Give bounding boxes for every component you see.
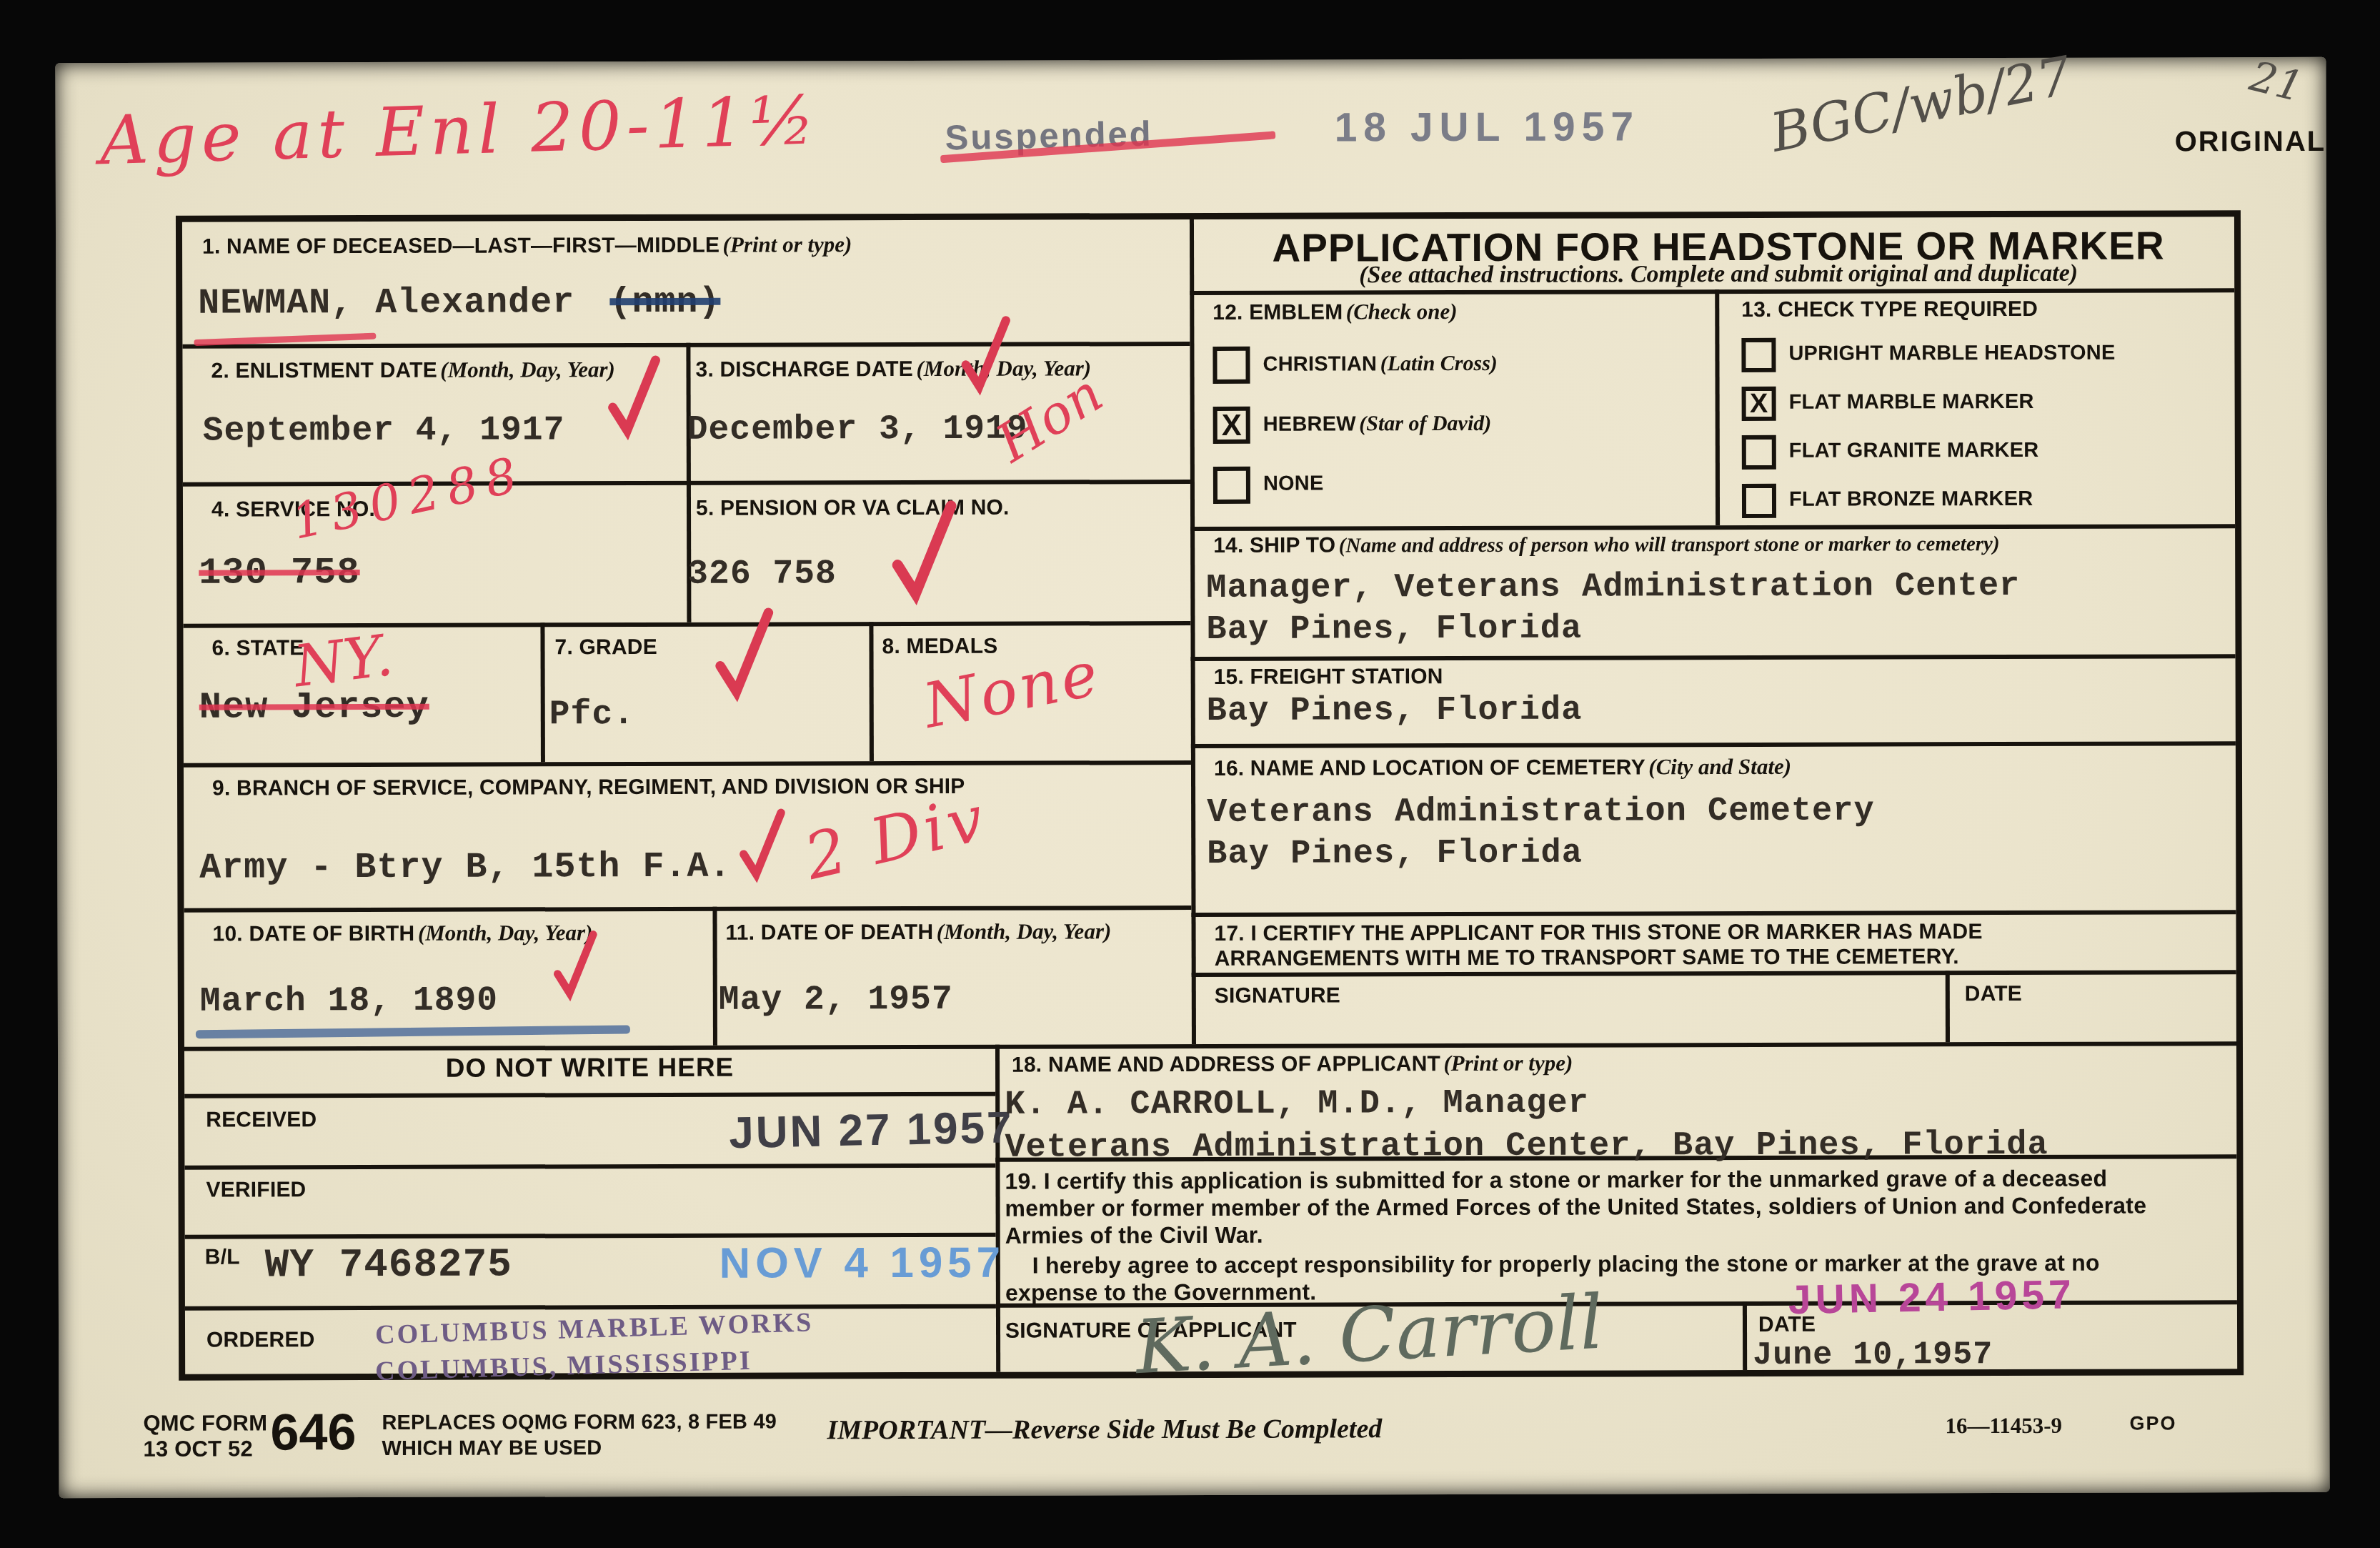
office-verified-label: VERIFIED bbox=[206, 1178, 306, 1202]
field-16-label: 16. NAME AND LOCATION OF CEMETERY (City … bbox=[1214, 754, 1791, 781]
ordered-stamp-line1: COLUMBUS MARBLE WORKS bbox=[375, 1306, 814, 1351]
checkbox-flat-granite-marker-label: FLAT GRANITE MARKER bbox=[1789, 439, 2039, 463]
field-2-label: 2. ENLISTMENT DATE (Month, Day, Year) bbox=[211, 357, 615, 383]
field-8-label: 8. MEDALS bbox=[882, 635, 997, 659]
field-16-value-line1: Veterans Administration Cemetery bbox=[1207, 793, 1875, 832]
field-5-label: 5. PENSION OR VA CLAIM NO. bbox=[696, 496, 1010, 521]
field-6-red-note: NY. bbox=[290, 622, 396, 700]
red-check-field5 bbox=[887, 488, 958, 613]
field-9-label: 9. BRANCH OF SERVICE, COMPANY, REGIMENT,… bbox=[212, 775, 965, 801]
checkbox-flat-bronze-marker bbox=[1742, 484, 1776, 518]
red-check-field3 bbox=[957, 313, 1011, 395]
field-18-value-line2: Veterans Administration Center, Bay Pine… bbox=[1005, 1126, 2048, 1167]
date-received-stamp: 18 JUL 1957 bbox=[1335, 103, 1640, 151]
office-bl-label: B/L bbox=[205, 1245, 240, 1269]
received-date-stamp: JUN 27 1957 bbox=[729, 1102, 1015, 1158]
original-label: ORIGINAL bbox=[2175, 126, 2326, 159]
field-4-struck-value: 130 758 bbox=[199, 552, 360, 595]
ordered-stamp-line2: COLUMBUS, MISSISSIPPI bbox=[375, 1345, 753, 1387]
footer-gpo-label: GPO bbox=[2129, 1412, 2176, 1434]
blue-underline-birthdate bbox=[196, 1025, 630, 1038]
field-19-para1: 19. I certify this application is submit… bbox=[1005, 1164, 2162, 1249]
field-6-label: 6. STATE bbox=[211, 636, 304, 660]
field-18-label: 18. NAME AND ADDRESS OF APPLICANT (Print… bbox=[1012, 1051, 1573, 1078]
applicant-date-stamp: JUN 24 1957 bbox=[1788, 1271, 2076, 1324]
field-10-label: 10. DATE OF BIRTH (Month, Day, Year) bbox=[213, 920, 593, 946]
field-11-value: May 2, 1957 bbox=[719, 981, 953, 1020]
checkbox-hebrew: X bbox=[1213, 407, 1250, 444]
field-7-label: 7. GRADE bbox=[554, 635, 657, 660]
checkbox-upright-marble-headstone-label: UPRIGHT MARBLE HEADSTONE bbox=[1788, 342, 2115, 366]
field-16-value-line2: Bay Pines, Florida bbox=[1207, 835, 1583, 873]
footer-replaces-line2: WHICH MAY BE USED bbox=[382, 1437, 602, 1461]
footer-form-date: 13 OCT 52 bbox=[143, 1436, 253, 1462]
checkbox-christian bbox=[1213, 347, 1250, 384]
field-15-label: 15. FREIGHT STATION bbox=[1214, 665, 1443, 690]
field-14-value-line2: Bay Pines, Florida bbox=[1206, 610, 1582, 649]
footer-replaces-line1: REPLACES OQMG FORM 623, 8 FEB 49 bbox=[382, 1411, 777, 1435]
checkbox-flat-marble-marker: X bbox=[1742, 387, 1776, 421]
field-1-value: NEWMAN, Alexander (nmn) bbox=[198, 282, 720, 324]
field-7-value: Pfc. bbox=[549, 695, 634, 734]
field-4-red-note: 130288 bbox=[287, 446, 530, 551]
checkbox-none bbox=[1213, 467, 1250, 504]
checkbox-none-label: NONE bbox=[1263, 472, 1324, 496]
red-check-field2 bbox=[604, 353, 661, 439]
field-1-label-paren: (Print or type) bbox=[723, 232, 852, 257]
field-13-label: 13. CHECK TYPE REQUIRED bbox=[1741, 297, 2038, 322]
red-check-field10 bbox=[549, 928, 600, 1000]
scanned-document-page: Age at Enl 20-11½ Suspended 18 JUL 1957 … bbox=[0, 0, 2380, 1548]
field-9-value: Army - Btry B, 15th F.A. bbox=[199, 847, 731, 889]
field-18-value-line1: K. A. CARROLL, M.D., Manager bbox=[1005, 1085, 1589, 1124]
field-2-value: September 4, 1917 bbox=[203, 411, 565, 450]
office-ordered-label: ORDERED bbox=[206, 1328, 315, 1352]
footer-form-name: QMC FORM bbox=[143, 1410, 267, 1436]
field-3-label: 3. DISCHARGE DATE (Month, Day, Year) bbox=[695, 355, 1091, 382]
office-box-title: DO NOT WRITE HERE bbox=[184, 1052, 995, 1084]
headstone-application-form: 1. NAME OF DECEASED—LAST—FIRST—MIDDLE (P… bbox=[176, 210, 2244, 1381]
field-17-label: 17. I CERTIFY THE APPLICANT FOR THIS STO… bbox=[1215, 919, 2136, 971]
footer-print-code: 16—11453-9 bbox=[1945, 1413, 2062, 1439]
footer-form-number: 646 bbox=[270, 1403, 356, 1462]
form-subtitle: (See attached instructions. Complete and… bbox=[1190, 259, 2247, 289]
red-check-field9 bbox=[735, 806, 787, 881]
bl-date-stamp: NOV 4 1957 bbox=[720, 1238, 1005, 1288]
checkbox-hebrew-label: HEBREW (Star of David) bbox=[1263, 412, 1492, 437]
checkbox-flat-marble-marker-label: FLAT MARBLE MARKER bbox=[1789, 390, 2034, 415]
field-15-value: Bay Pines, Florida bbox=[1207, 692, 1583, 730]
field-3-value: December 3, 1919 bbox=[687, 410, 1028, 450]
pencil-initials-note: BGC/wb/27 bbox=[1766, 45, 2076, 164]
footer-important-note: IMPORTANT—Reverse Side Must Be Completed bbox=[827, 1413, 1382, 1446]
checkbox-upright-marble-headstone bbox=[1741, 338, 1776, 372]
paper-sheet: Age at Enl 20-11½ Suspended 18 JUL 1957 … bbox=[55, 57, 2329, 1498]
field-14-value-line1: Manager, Veterans Administration Center bbox=[1206, 567, 2020, 607]
field-5-value: 326 758 bbox=[687, 555, 837, 594]
office-received-label: RECEIVED bbox=[206, 1108, 317, 1132]
field-17-signature-label: SIGNATURE bbox=[1215, 983, 1340, 1008]
red-check-field7 bbox=[710, 603, 775, 703]
field-14-label: 14. SHIP TO (Name and address of person … bbox=[1213, 532, 2000, 558]
field-12-label: 12. EMBLEM (Check one) bbox=[1213, 299, 1457, 325]
checkbox-flat-bronze-marker-label: FLAT BRONZE MARKER bbox=[1789, 487, 2033, 512]
office-bl-value: WY 7468275 bbox=[265, 1241, 512, 1288]
page-number-note: 21 bbox=[2245, 51, 2308, 111]
checkbox-christian-label: CHRISTIAN (Latin Cross) bbox=[1263, 352, 1497, 377]
field-17-date-label: DATE bbox=[1965, 982, 2022, 1006]
field-1-struck-nmn: (nmn) bbox=[609, 282, 720, 323]
checkbox-flat-granite-marker bbox=[1742, 435, 1776, 470]
applicant-date-value: June 10,1957 bbox=[1753, 1336, 1993, 1374]
field-11-label: 11. DATE OF DEATH (Month, Day, Year) bbox=[726, 918, 1112, 945]
field-10-value: March 18, 1890 bbox=[200, 982, 498, 1021]
handwritten-age-note: Age at Enl 20-11½ bbox=[99, 81, 820, 180]
field-1-label: 1. NAME OF DECEASED—LAST—FIRST—MIDDLE (P… bbox=[202, 232, 852, 259]
